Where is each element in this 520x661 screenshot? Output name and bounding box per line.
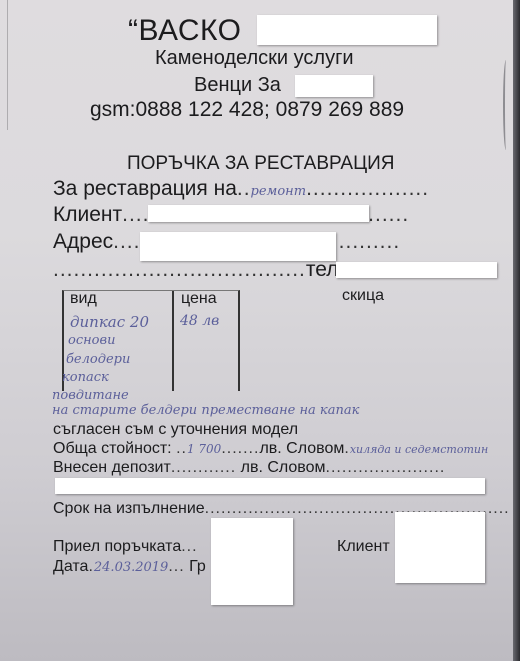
accepted-by-field: Приел поръчката...: [53, 538, 198, 556]
company-subtitle: Каменоделски услуги: [155, 47, 354, 70]
total-in-words: хиляда и седемстотин: [350, 443, 488, 456]
handwritten-item-line: основи: [68, 333, 115, 348]
handwritten-item-line: копаск: [62, 370, 109, 385]
handwritten-price: 48 лв: [180, 313, 219, 329]
restoration-value: ремонт: [251, 184, 307, 199]
redaction-notes-line: [55, 478, 485, 494]
currency-label: лв. Словом: [259, 440, 344, 457]
restoration-field: За реставрация на..ремонт...............…: [53, 177, 429, 201]
column-header-type: вид: [70, 290, 97, 308]
document-title: ПОРЪЧКА ЗА РЕСТАВРАЦИЯ: [127, 153, 395, 175]
column-header-sketch: скица: [342, 287, 384, 305]
city-label: Гр: [189, 558, 206, 575]
agreement-text: съгласен съм с уточнения модел: [53, 421, 298, 439]
deposit-currency-label: лв. Словом: [241, 459, 326, 476]
redaction-owner-surname: [295, 75, 373, 97]
address-label: Адрес: [53, 230, 113, 253]
handwritten-item-line: белодери: [66, 352, 130, 367]
redaction-signature-stamp: [211, 518, 293, 605]
date-field: Дата.24.03.2019... Гр: [53, 558, 206, 576]
total-label: Обща стойност:: [53, 440, 172, 457]
table-column-divider: [172, 291, 174, 391]
dark-background-edge: [513, 0, 520, 661]
restoration-label: За реставрация на: [53, 177, 237, 200]
owner-name: Венци За: [194, 74, 281, 97]
redaction-client-name: [148, 205, 369, 222]
accepted-label: Приел поръчката: [53, 538, 181, 555]
column-header-price: цена: [181, 290, 217, 308]
company-name: “ВАСКО: [128, 14, 242, 48]
client-label: Клиент: [53, 203, 122, 226]
total-value-field: Обща стойност: ..1 700.......лв. Словом.…: [53, 440, 488, 458]
redaction-client-signature: [395, 512, 485, 583]
deposit-label: Внесен депозит: [53, 459, 171, 476]
phone-numbers: gsm:0888 122 428; 0879 269 889: [90, 98, 404, 122]
handwritten-item-line: дипкас 20: [70, 313, 149, 331]
redaction-phone: [336, 262, 497, 278]
redaction-company-name: [257, 15, 437, 45]
redaction-address: [140, 232, 336, 261]
client-signature-field: Клиент: [337, 538, 390, 556]
handwritten-item-line: повдитане: [52, 388, 129, 403]
date-label: Дата: [53, 558, 88, 575]
total-value: 1 700: [187, 442, 221, 456]
deposit-field: Внесен депозит............ лв. Словом...…: [53, 459, 445, 477]
paper-edge-left: [7, 0, 8, 130]
deadline-label: Срок на изпълнение: [53, 500, 205, 517]
client-signature-label: Клиент: [337, 538, 390, 555]
date-value: 24.03.2019: [94, 560, 168, 575]
handwritten-item-line: на старите белдери преместване на капак: [52, 403, 359, 418]
paper-fold-mark: [503, 60, 509, 150]
